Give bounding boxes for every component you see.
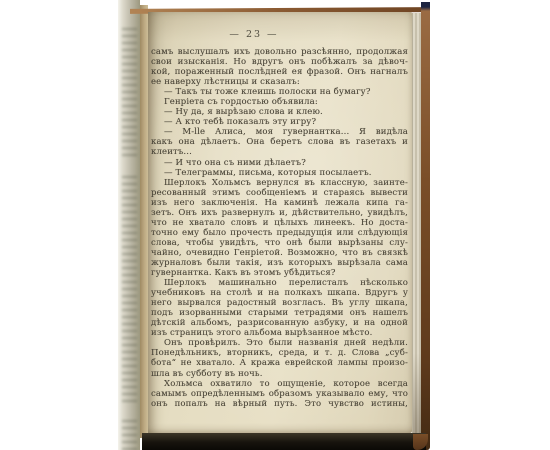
blurred-text-mark xyxy=(122,176,137,406)
text-line: точно ему было прочесть предыдущія или с… xyxy=(151,228,408,238)
text-line: чайно, очевидно Генріетой. Возможно, что… xyxy=(151,248,408,258)
text-line: самъ выслушалъ ихъ довольно разсѣянно, п… xyxy=(151,47,408,57)
left-page-edge xyxy=(118,0,140,450)
text-line: самымъ опредѣленнымъ образомъ указывало … xyxy=(151,389,408,399)
text-line: Шерлокъ Хольмсъ вернулся въ классную, за… xyxy=(151,178,408,188)
text-line: бота“ не хватало. А кража еврейской ламп… xyxy=(151,358,408,368)
text-line: — Телеграммы, письма, которыя посылаетъ. xyxy=(151,168,408,178)
text-line: изъ страницъ этого альбома вырѣзанное мѣ… xyxy=(151,328,408,338)
page-number: — 23 — xyxy=(148,29,412,40)
text-line: клеитъ... xyxy=(151,147,408,157)
text-line: — Ну да, я вырѣзаю слова и клею. xyxy=(151,107,408,117)
book-page: — 23 — самъ выслушалъ ихъ довольно разсѣ… xyxy=(148,12,412,433)
text-line: Понедѣльникъ, вторникъ, среда, и т. д. С… xyxy=(151,348,408,358)
text-line: ее наверху лѣстницы и сказалъ: xyxy=(151,77,408,87)
text-line: шла въ субботу въ ночь. xyxy=(151,369,408,379)
text-line: дѣтскій альбомъ, разрисованную азбуку, и… xyxy=(151,318,408,328)
text-line: что не хватало словъ и цѣлыхъ линеекъ. Н… xyxy=(151,218,408,228)
text-line: Генріета съ гордостью объявила: xyxy=(151,97,408,107)
text-line: свои изысканія. Но вдругъ онъ побѣжалъ з… xyxy=(151,57,408,67)
blurred-text-mark xyxy=(122,420,137,450)
book-photo: — 23 — самъ выслушалъ ихъ довольно разсѣ… xyxy=(118,0,430,450)
book-cover-right-edge xyxy=(421,2,430,450)
blurred-text-mark xyxy=(122,28,137,158)
text-line: гувернантка. Какъ въ этомъ убѣдиться? xyxy=(151,268,408,278)
photo-canvas: — 23 — самъ выслушалъ ихъ довольно разсѣ… xyxy=(0,0,550,450)
text-line: подъ изорванными старыми тетрадями онъ н… xyxy=(151,308,408,318)
text-line: зетъ. Онъ ихъ развернулъ и, дѣйствительн… xyxy=(151,208,408,218)
text-line: учебниковъ на столѣ и на полкахъ шкапа. … xyxy=(151,288,408,298)
text-line: — И что она съ ними дѣлаетъ? xyxy=(151,158,408,168)
page-gutter xyxy=(140,5,148,438)
book-bottom-shadow xyxy=(142,433,426,450)
text-line: ресованный этимъ сообщеніемъ и стараясь … xyxy=(151,188,408,198)
text-line: Онъ провѣрилъ. Это были названія дней не… xyxy=(151,338,408,348)
text-line: изъ него заключенія. На каминѣ лежала ки… xyxy=(151,198,408,208)
text-line: Шерлокъ машинально перелисталъ нѣсколько xyxy=(151,278,408,288)
page-text: самъ выслушалъ ихъ довольно разсѣянно, п… xyxy=(148,47,412,409)
text-line: него вырвался радостный возгласъ. Въ угл… xyxy=(151,298,408,308)
text-line: кой, пораженный послѣдней ея фразой. Онъ… xyxy=(151,67,408,77)
text-line: слова, чтобы увидѣть, что онѣ были вырѣз… xyxy=(151,238,408,248)
text-line: журналовъ были такія, изъ которыхъ вырѣз… xyxy=(151,258,408,268)
text-line: Хольмса охватило то ощущеніе, которое вс… xyxy=(151,379,408,389)
text-line: — А кто тебѣ показалъ эту игру? xyxy=(151,117,408,127)
text-line: — M-lle Алиса, моя гувернантка... Я видѣ… xyxy=(151,127,408,137)
text-line: какъ она дѣлаетъ. Она беретъ слова въ га… xyxy=(151,137,408,147)
text-line: — Такъ ты тоже клеишь полоски на бумагу? xyxy=(151,87,408,97)
text-line: онъ попалъ на вѣрный путь. Это чувство и… xyxy=(151,399,408,409)
